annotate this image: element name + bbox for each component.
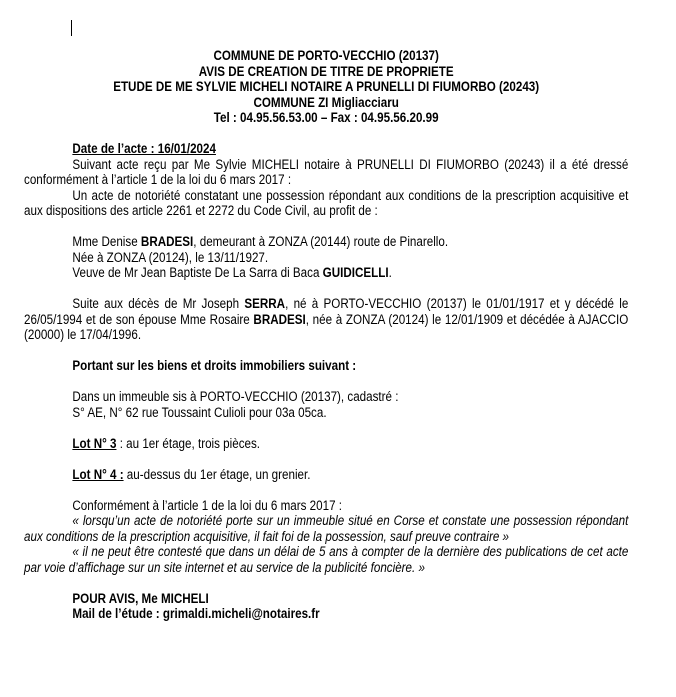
spouse-surname: GUIDICELLI (323, 265, 389, 281)
header-block: COMMUNE DE PORTO-VECCHIO (20137) AVIS DE… (24, 49, 628, 127)
lot-4-label: Lot N° 4 : (72, 467, 123, 483)
office-email: Mail de l’étude : grimaldi.micheli@notai… (72, 607, 628, 623)
signature: POUR AVIS, Me MICHELI (72, 592, 628, 608)
date-of-act: Date de l’acte : 16/01/2024 (24, 142, 628, 158)
deceased-paragraph: Suite aux décès de Mr Joseph SERRA, né à… (24, 297, 628, 344)
legal-quote-2: « il ne peut être contesté que dans un d… (24, 545, 628, 576)
header-commune-zi: COMMUNE ZI Migliacciaru (24, 96, 628, 112)
beneficiary-block: Mme Denise BRADESI, demeurant à ZONZA (2… (24, 235, 628, 282)
property-location: Dans un immeuble sis à PORTO-VECCHIO (20… (24, 390, 628, 421)
lot-3: Lot N° 3 : au 1er étage, trois pièces. (24, 437, 628, 453)
header-avis: AVIS DE CREATION DE TITRE DE PROPRIETE (24, 65, 628, 81)
intro-paragraph-1: Suivant acte reçu par Me Sylvie MICHELI … (24, 158, 628, 189)
text-cursor (71, 20, 72, 36)
lot-3-label: Lot N° 3 (72, 436, 116, 452)
footer-block: POUR AVIS, Me MICHELI Mail de l’étude : … (24, 592, 628, 623)
document-page[interactable]: COMMUNE DE PORTO-VECCHIO (20137) AVIS DE… (24, 49, 628, 623)
header-contact: Tel : 04.95.56.53.00 – Fax : 04.95.56.20… (24, 111, 628, 127)
property-heading: Portant sur les biens et droits immobili… (24, 359, 628, 375)
property-line-1: Dans un immeuble sis à PORTO-VECCHIO (20… (72, 390, 628, 406)
header-etude: ETUDE DE ME SYLVIE MICHELI NOTAIRE A PRU… (24, 80, 628, 96)
legal-intro: Conformément à l’article 1 de la loi du … (24, 499, 628, 515)
legal-quote-1: « lorsqu’un acte de notoriété porte sur … (24, 514, 628, 545)
deceased-surname-1: SERRA (244, 296, 285, 312)
beneficiary-line-3: Veuve de Mr Jean Baptiste De La Sarra di… (72, 266, 628, 282)
beneficiary-line-2: Née à ZONZA (20124), le 13/11/1927. (72, 251, 628, 267)
header-commune: COMMUNE DE PORTO-VECCHIO (20137) (24, 49, 628, 65)
date-label: Date de l’acte : 16/01/2024 (72, 141, 216, 157)
property-line-2: S° AE, N° 62 rue Toussaint Culioli pour … (72, 406, 628, 422)
deceased-surname-2: BRADESI (253, 312, 305, 328)
lot-4: Lot N° 4 : au-dessus du 1er étage, un gr… (24, 468, 628, 484)
beneficiary-surname: BRADESI (141, 234, 193, 250)
beneficiary-line-1: Mme Denise BRADESI, demeurant à ZONZA (2… (72, 235, 628, 251)
intro-paragraph-2: Un acte de notoriété constatant une poss… (24, 189, 628, 220)
